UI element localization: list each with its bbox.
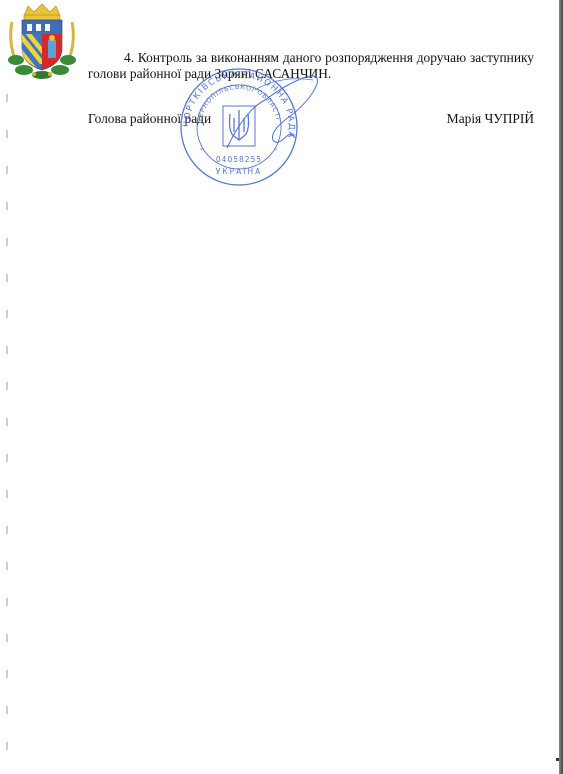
document-page: 4. Контроль за виконанням даного розпоря… bbox=[0, 0, 563, 774]
stamp-country: УКРАЇНА bbox=[216, 167, 263, 176]
scan-margin-marks bbox=[6, 80, 8, 770]
signatory-name: Марія ЧУПРІЙ bbox=[447, 111, 534, 127]
handwritten-signature bbox=[225, 70, 335, 160]
paragraph-line-1: 4. Контроль за виконанням даного розпоря… bbox=[88, 50, 534, 66]
coat-of-arms-icon bbox=[6, 2, 78, 80]
paragraph-text-1: Контроль за виконанням даного розпорядже… bbox=[138, 50, 534, 65]
scan-dot bbox=[556, 758, 559, 761]
paragraph-number: 4. bbox=[124, 50, 134, 65]
page-edge-shadow bbox=[559, 0, 563, 774]
svg-text:*: * bbox=[200, 148, 203, 154]
